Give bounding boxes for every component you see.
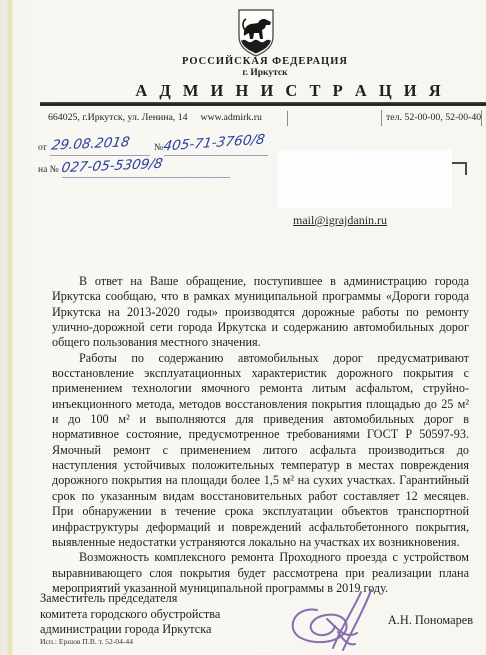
letterhead-rule bbox=[40, 102, 486, 106]
letterhead-phone: тел. 52-00-00, 52-00-40 bbox=[386, 112, 481, 123]
website: www.admirk.ru bbox=[201, 112, 262, 123]
postal-address: 664025, г.Иркутск, ул. Ленина, 14 bbox=[48, 112, 188, 123]
ref-reply-line: 027-05-5309/8 bbox=[62, 159, 230, 178]
handwritten-date: 29.08.2018 bbox=[50, 134, 131, 153]
letterhead-address: 664025, г.Иркутск, ул. Ленина, 14www.adm… bbox=[48, 112, 262, 123]
redacted-recipient-block bbox=[278, 150, 452, 208]
signer-name: А.Н. Пономарев bbox=[367, 613, 473, 628]
recipient-email: mail@igrajdanin.ru bbox=[293, 213, 387, 228]
signer-position: Заместитель председателя комитета городс… bbox=[40, 591, 220, 638]
ref-date-line: 29.08.2018 bbox=[50, 137, 150, 156]
paragraph-intro: В ответ на Ваше обращение, поступившее в… bbox=[52, 274, 469, 351]
ref-number-line: 405-71-3760/8 bbox=[164, 137, 268, 156]
phone-separator-left bbox=[381, 110, 382, 126]
letter-body: В ответ на Ваше обращение, поступившее в… bbox=[52, 274, 469, 596]
phone-separator-right bbox=[481, 110, 482, 126]
letterhead-org-title: А Д М И Н И С Т Р А Ц И Я bbox=[92, 81, 486, 101]
ref-reply-label: на № bbox=[38, 165, 59, 175]
address-corner-mark bbox=[452, 162, 467, 175]
signer-position-line3: администрации города Иркутска bbox=[40, 622, 220, 638]
letterhead-city: г. Иркутск bbox=[95, 68, 435, 78]
handwritten-incoming-number: 027-05-5309/8 bbox=[60, 156, 164, 176]
paragraph-conclusion: Возможность комплексного ремонта Проходн… bbox=[52, 550, 469, 596]
letterhead-country: РОССИЙСКАЯ ФЕДЕРАЦИЯ bbox=[95, 56, 435, 67]
handwritten-outgoing-number: 405-71-3760/8 bbox=[162, 132, 266, 155]
paragraph-works-details: Работы по содержанию автомобильных дорог… bbox=[52, 351, 469, 550]
ref-from-label: от bbox=[38, 143, 47, 153]
executor-note: Исп.: Ершов П.В. т. 52-04-44 bbox=[40, 637, 133, 646]
signer-position-line1: Заместитель председателя bbox=[40, 591, 220, 607]
scanned-letter-page: РОССИЙСКАЯ ФЕДЕРАЦИЯ г. Иркутск А Д М И … bbox=[0, 0, 486, 655]
signer-position-line2: комитета городского обустройства bbox=[40, 607, 220, 623]
contact-separator bbox=[287, 111, 288, 126]
irkutsk-babr-coat-of-arms-icon bbox=[236, 8, 276, 58]
